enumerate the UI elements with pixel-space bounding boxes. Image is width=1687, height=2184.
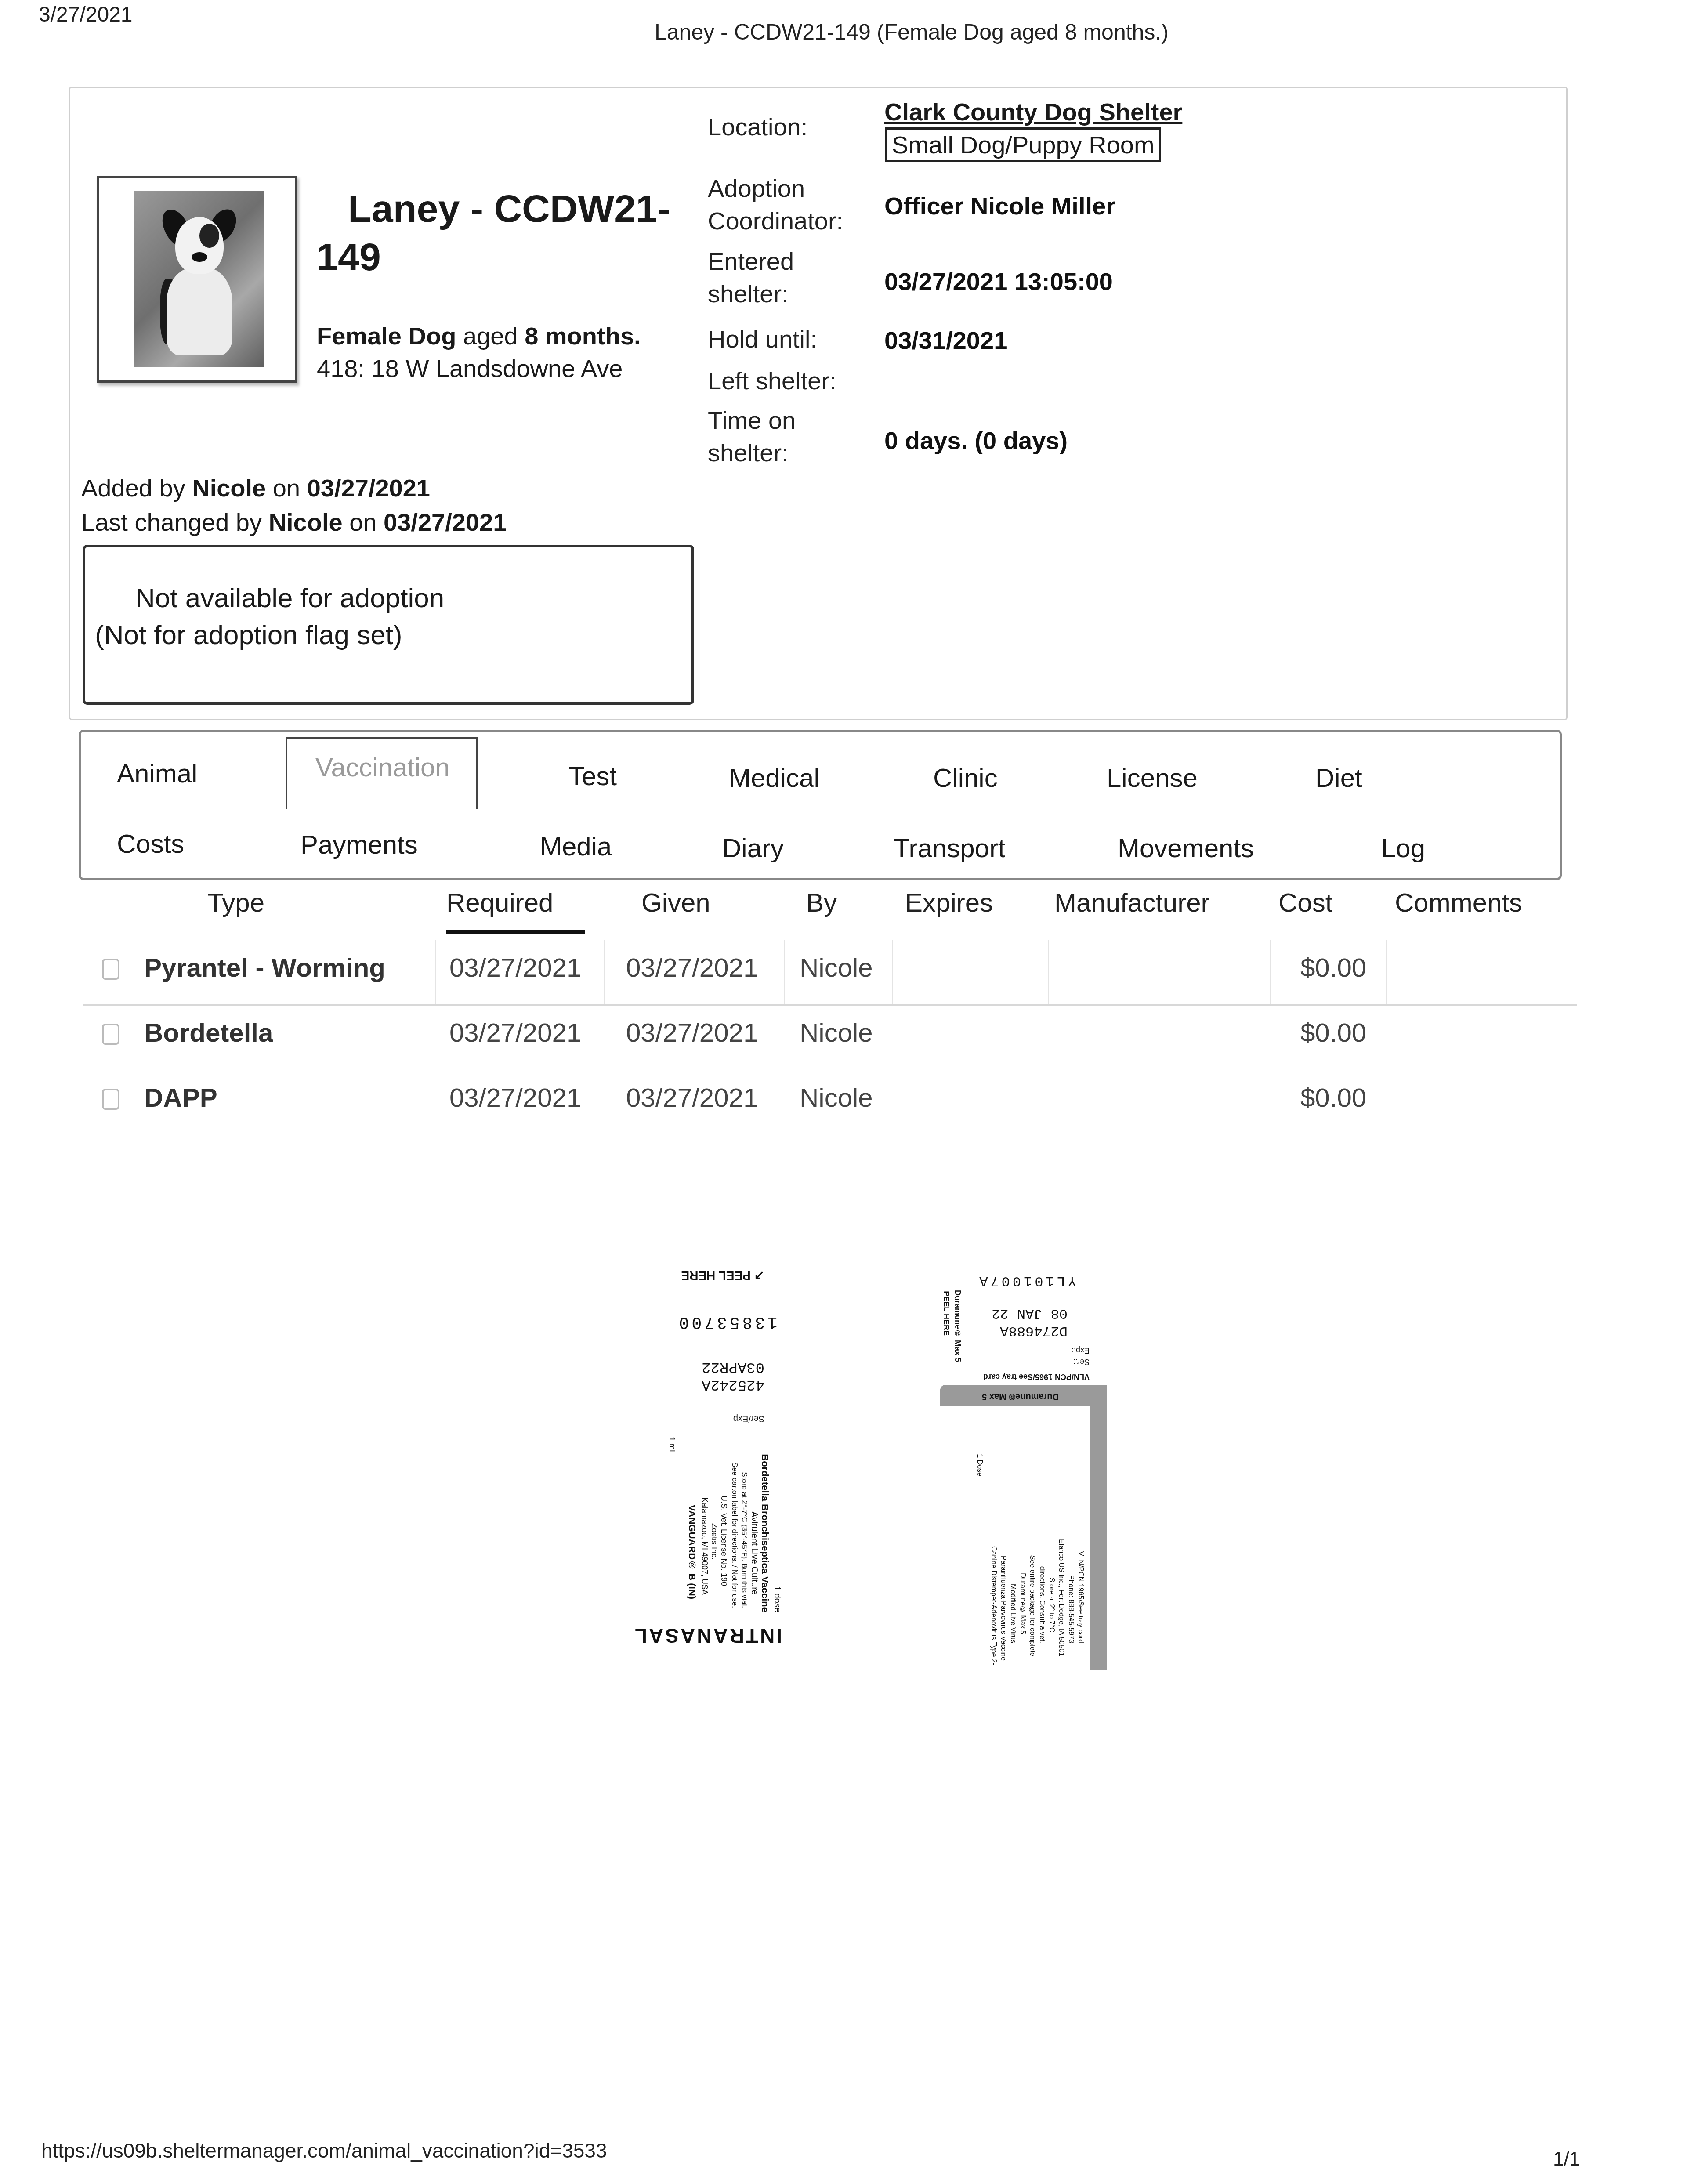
cell-cost: $0.00 [1300,1018,1366,1048]
tab-diet[interactable]: Diet [1315,763,1362,793]
cell-given: 03/27/2021 [626,1018,758,1048]
sticker-lot: 425242A [702,1376,764,1393]
hold-value: 03/31/2021 [884,326,1007,355]
tab-payments[interactable]: Payments [300,829,418,860]
entered-label-2: shelter: [708,280,789,308]
tab-license[interactable]: License [1107,763,1198,793]
animal-name: Laney - CCDW21- 149 [316,185,690,281]
animal-photo[interactable] [97,176,297,383]
column-header-by[interactable]: By [806,887,837,918]
sticker-desc3: Modified Live Virus [1009,1584,1017,1643]
cell-given: 03/27/2021 [626,1083,758,1113]
aged-word: aged [463,322,518,350]
sticker-band-vertical [1090,1388,1107,1670]
animal-species: Dog [409,322,456,350]
column-header-manufacturer[interactable]: Manufacturer [1054,887,1210,918]
tab-medical[interactable]: Medical [729,763,820,793]
changed-on-word: on [349,508,376,536]
sticker-ser-label: Ser.: [1073,1357,1090,1366]
tab-animal[interactable]: Animal [117,758,197,789]
left-shelter-label: Left shelter: [708,365,836,397]
cell-by: Nicole [800,953,873,983]
print-title: Laney - CCDW21-149 (Female Dog aged 8 mo… [655,19,1169,45]
sticker-desc2: Parainfluenza-Parvovirus Vaccine [999,1556,1007,1661]
hold-label: Hold until: [708,323,817,355]
dog-photo-image [134,191,264,367]
table-row[interactable]: Pyrantel - Worming 03/27/2021 03/27/2021… [83,940,1577,1006]
sticker-route: INTRANASAL [633,1624,782,1648]
column-header-required[interactable]: Required [446,887,585,934]
cell-cost: $0.00 [1300,953,1366,983]
entered-value: 03/27/2021 13:05:00 [884,267,1113,296]
tab-media[interactable]: Media [540,831,612,862]
sticker-desc8: Elanco US Inc., Fort Dodge, IA 50501 [1057,1539,1065,1656]
column-header-type[interactable]: Type [207,887,264,918]
sticker-brand-top: Duramune® Max 5 [953,1290,962,1362]
sticker-desc4: Duramune® Max 5 [1018,1573,1026,1634]
cell-by: Nicole [800,1018,873,1048]
sticker-desc2: Store at 2°-7°C (35°-45°F). Burn this vi… [740,1472,749,1608]
cell-type[interactable]: Bordetella [144,1018,273,1048]
sticker-desc1: Canine Distemper-Adenovirus Type 2- [989,1546,997,1665]
location-shelter-link[interactable]: Clark County Dog Shelter [884,98,1182,126]
time-on-shelter-value: 0 days. (0 days) [884,426,1068,455]
record-tabs: Animal Vaccination Test Medical Clinic L… [79,730,1562,880]
adoption-status-box: Not available for adoption (Not for adop… [83,545,694,705]
tab-movements[interactable]: Movements [1118,833,1254,863]
sticker-band-label: Duramune® Max 5 [982,1391,1059,1402]
row-checkbox[interactable] [102,1024,119,1045]
animal-address: 418: 18 W Landsdowne Ave [317,355,623,382]
bordetella-vaccine-sticker: INTRANASAL 1 dose Bordetella Bronchisept… [641,1252,791,1648]
tab-log[interactable]: Log [1381,833,1425,863]
sticker-product: Bordetella Bronchiseptica Vaccine [759,1454,771,1612]
cell-by: Nicole [800,1083,873,1113]
column-header-comments[interactable]: Comments [1395,887,1522,918]
tab-transport[interactable]: Transport [894,833,1006,863]
print-page-number: 1/1 [1553,2148,1580,2170]
tab-test[interactable]: Test [568,761,617,791]
cell-cost: $0.00 [1300,1083,1366,1113]
sticker-desc5: Zoetis Inc. [710,1523,719,1560]
coordinator-label: AdoptionCoordinator: [708,172,843,237]
added-date: 03/27/2021 [307,474,430,502]
column-header-given[interactable]: Given [641,887,710,918]
sticker-lot: D274688A [1000,1323,1068,1339]
audit-info: Added by Nicole on 03/27/2021 Last chang… [81,471,507,540]
sticker-serial: 13853700 [677,1312,778,1331]
changed-by-user: Nicole [269,508,343,536]
sticker-dose: 1 Dose [975,1454,983,1476]
added-prefix: Added by [81,474,185,502]
sticker-desc6: Kalamazoo, MI 49007, USA [700,1497,709,1595]
sticker-desc7: Store at 2° to 7°C. [1047,1578,1055,1634]
changed-date: 03/27/2021 [384,508,507,536]
sticker-expiry: 03APR22 [702,1358,764,1375]
column-header-expires[interactable]: Expires [905,887,993,918]
print-footer-url: https://us09b.sheltermanager.com/animal_… [41,2139,607,2162]
coordinator-label-2: Coordinator: [708,207,843,235]
sticker-desc5: See entire package for complete [1028,1555,1036,1656]
sticker-desc4: U.S. Vet. License No. 190 [719,1496,728,1586]
animal-name-line1: Laney - CCDW21- [348,187,670,230]
location-unit: Small Dog/Puppy Room [885,127,1161,162]
location-label: Location: [708,111,807,143]
coordinator-label-1: Adoption [708,174,805,202]
tab-costs[interactable]: Costs [117,829,184,859]
sticker-peel-here: PEEL HERE [941,1291,951,1336]
entered-label-1: Entered [708,247,794,275]
sticker-desc3: See carton label for directions. / Not f… [730,1462,739,1608]
adoption-status-text: Not available for adoption [135,580,444,617]
sticker-desc9: Phone: 888-545-5973 [1067,1575,1075,1643]
sticker-expiry: 08 JAN 22 [992,1305,1068,1322]
tab-clinic[interactable]: Clinic [933,763,998,793]
tab-vaccination[interactable]: Vaccination [286,737,478,809]
sticker-desc6: directions. Consult a vet. [1038,1566,1046,1643]
tab-diary[interactable]: Diary [722,833,784,863]
dapp-vaccine-sticker: Duramune® Max 5 VLN/PCN 1965/See tray ca… [923,1257,1107,1670]
cell-required: 03/27/2021 [449,1083,581,1113]
sticker-brand: VANGUARD® B (IN) [686,1505,698,1599]
added-on-word: on [273,474,300,502]
sticker-ref: VLN/PCN 1965/See tray card [983,1372,1090,1381]
sticker-volume: 1 mL [667,1437,677,1454]
sticker-desc1: Avirulent Live Culture [749,1511,759,1595]
time-label-1: Time on [708,406,796,434]
row-checkbox[interactable] [102,959,119,980]
cell-required: 03/27/2021 [449,953,581,983]
cell-type[interactable]: Pyrantel - Worming [144,953,385,983]
time-label-2: shelter: [708,439,789,467]
time-on-shelter-label: Time onshelter: [708,404,796,469]
coordinator-value: Officer Nicole Miller [884,192,1115,220]
animal-name-line2: 149 [316,235,381,279]
sticker-desc10: VLN/PCN 1965/See tray card [1076,1551,1084,1643]
animal-sex: Female [317,322,402,350]
table-row[interactable]: DAPP 03/27/2021 03/27/2021 Nicole $0.00 [83,1070,1577,1134]
cell-required: 03/27/2021 [449,1018,581,1048]
entered-label: Enteredshelter: [708,245,794,310]
cell-type[interactable]: DAPP [144,1083,217,1113]
animal-age: 8 months. [525,322,641,350]
table-row[interactable]: Bordetella 03/27/2021 03/27/2021 Nicole … [83,1005,1577,1069]
row-checkbox[interactable] [102,1089,119,1110]
sticker-serial: YL101007A [977,1273,1076,1289]
animal-description: Female Dog aged 8 months. 418: 18 W Land… [317,320,641,385]
changed-prefix: Last changed by [81,508,262,536]
print-date: 3/27/2021 [39,3,133,27]
adoption-status-reason: (Not for adoption flag set) [95,617,402,654]
sticker-dose: 1 dose [772,1586,782,1612]
peel-text: PEEL HERE [681,1269,751,1282]
sticker-serial-label: Ser/Exp [733,1413,764,1423]
column-header-cost[interactable]: Cost [1278,887,1332,918]
added-by-user: Nicole [192,474,266,502]
sticker-peel-here: ↗ PEEL HERE [681,1268,764,1283]
sticker-exp-label: Exp.: [1072,1346,1090,1355]
cell-given: 03/27/2021 [626,953,758,983]
